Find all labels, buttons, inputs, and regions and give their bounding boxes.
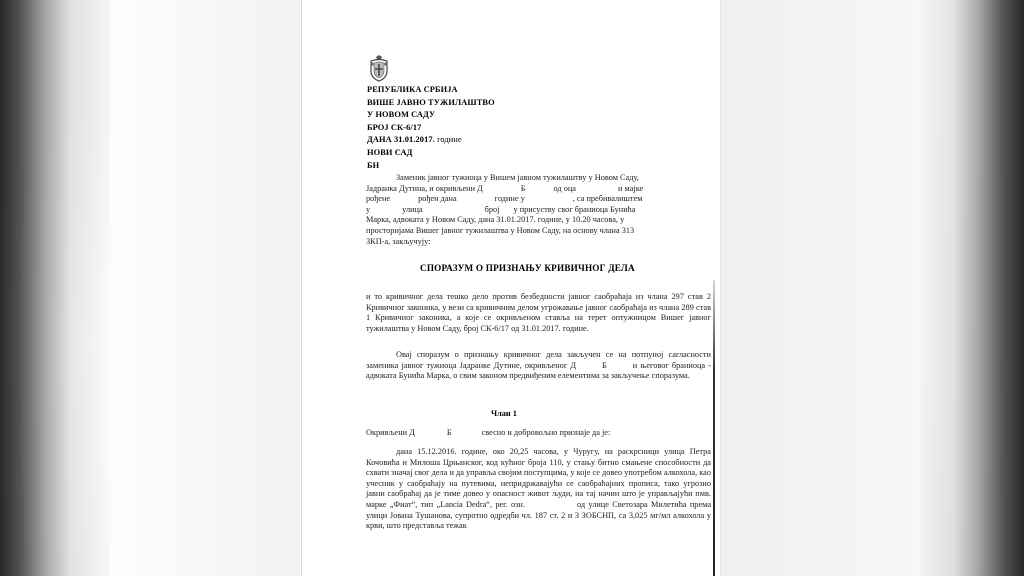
document-header: РЕПУБЛИКА СРБИЈА ВИШЕ ЈАВНО ТУЖИЛАШТВО У… — [367, 84, 495, 172]
coat-of-arms-icon — [368, 54, 390, 82]
intro-line: Марка, адвоката у Новом Саду, дана 31.01… — [366, 215, 711, 226]
intro-line: просторијама Вишег јавног тужилаштва у Н… — [366, 226, 711, 237]
agreement-paragraph: Овај споразум о признању кривичног дела … — [366, 350, 711, 382]
header-date-line: ДАНА 31.01.2017. године — [367, 134, 495, 147]
intro-line: Јадранка Дутина, и окривљени ДБод оцаи м… — [366, 184, 711, 195]
intro-line: уулицаброју присуству свог браниоца Буни… — [366, 205, 711, 216]
background-panel-right — [720, 0, 920, 576]
confession-line: Окривљени ДБсвесно и добровољно признаје… — [366, 428, 711, 439]
header-line: НОВИ САД — [367, 147, 495, 160]
offense-paragraph: и то кривичног дела тешко дело против бе… — [366, 292, 711, 334]
intro-line: ЗКП-а, закључују: — [366, 237, 711, 248]
facts-paragraph: дана 15.12.2016. године, око 20,25 часов… — [366, 447, 711, 532]
header-date-suffix: године — [437, 135, 462, 144]
page-edge-line — [713, 280, 715, 576]
header-line: БН — [367, 160, 495, 173]
intro-line: рођенерођен данагодине у, са пребивалишт… — [366, 194, 711, 205]
header-line: РЕПУБЛИКА СРБИЈА — [367, 84, 495, 97]
intro-line: Заменик јавног тужиоца у Вишем јавном ту… — [366, 173, 711, 184]
header-line: ВИШЕ ЈАВНО ТУЖИЛАШТВО — [367, 97, 495, 110]
header-line: У НОВОМ САДУ — [367, 109, 495, 122]
article-heading: Члан 1 — [491, 409, 517, 418]
background-panel-left — [110, 0, 300, 576]
header-date: ДАНА 31.01.2017. — [367, 135, 435, 144]
intro-paragraph: Заменик јавног тужиоца у Вишем јавном ту… — [366, 173, 711, 247]
header-line: БРОЈ СК-6/17 — [367, 122, 495, 135]
agreement-title: СПОРАЗУМ О ПРИЗНАЊУ КРИВИЧНОГ ДЕЛА — [420, 263, 635, 273]
